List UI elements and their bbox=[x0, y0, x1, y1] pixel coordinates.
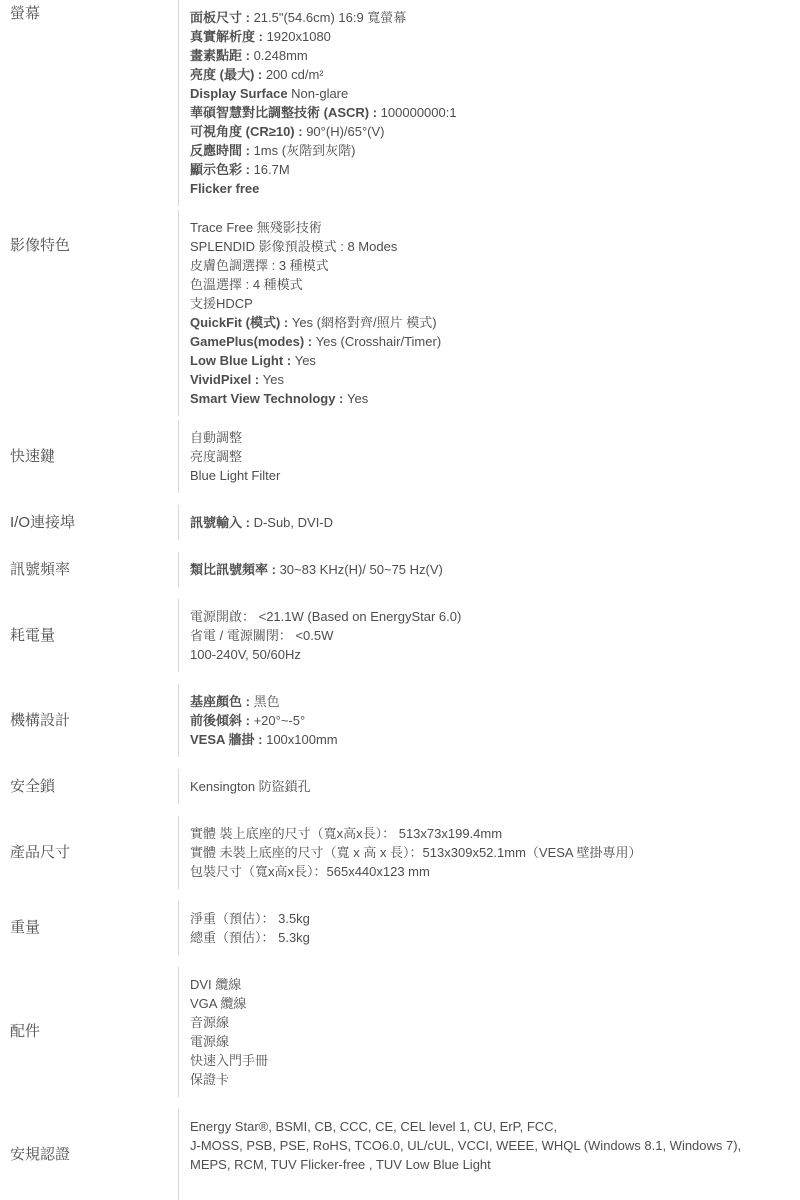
spec-line: 亮度調整 bbox=[190, 447, 790, 466]
spec-line: 電源線 bbox=[190, 1032, 790, 1051]
spec-line: Energy Star®, BSMI, CB, CCC, CE, CEL lev… bbox=[190, 1117, 790, 1136]
spec-line: 100-240V, 50/60Hz bbox=[190, 645, 790, 664]
spec-line: 前後傾斜 : +20°~-5° bbox=[190, 711, 790, 730]
spec-line: Flicker free bbox=[190, 179, 790, 198]
spec-line: 皮膚色調選擇 : 3 種模式 bbox=[190, 256, 790, 275]
spec-row-label: 影像特色 bbox=[10, 210, 178, 256]
spec-line: 支援HDCP bbox=[190, 294, 790, 313]
spec-row-content: Energy Star®, BSMI, CB, CCC, CE, CEL lev… bbox=[178, 1109, 790, 1200]
spec-line: 類比訊號頻率 : 30~83 KHz(H)/ 50~75 Hz(V) bbox=[190, 560, 790, 579]
spec-row-9: 重量淨重（預估）： 3.5kg總重（預估）： 5.3kg bbox=[10, 901, 790, 955]
spec-row-content: DVI 纜線VGA 纜線音源線電源線快速入門手冊保證卡 bbox=[178, 967, 790, 1097]
spec-line: 音源線 bbox=[190, 1013, 790, 1032]
spec-line: 淨重（預估）： 3.5kg bbox=[190, 909, 790, 928]
spec-row-label: 訊號頻率 bbox=[10, 560, 178, 580]
spec-line: 畫素點距 : 0.248mm bbox=[190, 46, 790, 65]
spec-row-3: I/O連接埠訊號輸入 : D-Sub, DVI-D bbox=[10, 505, 790, 540]
spec-row-10: 配件DVI 纜線VGA 纜線音源線電源線快速入門手冊保證卡 bbox=[10, 967, 790, 1097]
spec-line: 自動調整 bbox=[190, 428, 790, 447]
spec-row-label: 機構設計 bbox=[10, 711, 178, 731]
spec-line: VESA 牆掛 : 100x100mm bbox=[190, 730, 790, 749]
spec-line: 實體 未裝上底座的尺寸（寬 x 高 x 長）：513x309x52.1mm（VE… bbox=[190, 843, 790, 862]
spec-line: 可視角度 (CR≥10) : 90°(H)/65°(V) bbox=[190, 122, 790, 141]
spec-row-label: 產品尺寸 bbox=[10, 843, 178, 863]
spec-row-8: 產品尺寸實體 裝上底座的尺寸（寬x高x長）： 513x73x199.4mm實體 … bbox=[10, 816, 790, 889]
spec-line: 華碩智慧對比調整技術 (ASCR) : 100000000:1 bbox=[190, 103, 790, 122]
spec-line: Kensington 防盜鎖孔 bbox=[190, 777, 790, 796]
spec-line: 實體 裝上底座的尺寸（寬x高x長）： 513x73x199.4mm bbox=[190, 824, 790, 843]
spec-row-content: 淨重（預估）： 3.5kg總重（預估）： 5.3kg bbox=[178, 901, 790, 955]
spec-row-11: 安規認證Energy Star®, BSMI, CB, CCC, CE, CEL… bbox=[10, 1109, 790, 1200]
spec-line: 總重（預估）： 5.3kg bbox=[190, 928, 790, 947]
spec-row-label: I/O連接埠 bbox=[10, 513, 178, 533]
spec-line: MEPS, RCM, TUV Flicker-free , TUV Low Bl… bbox=[190, 1155, 790, 1174]
spec-row-6: 機構設計基座顏色 : 黑色前後傾斜 : +20°~-5°VESA 牆掛 : 10… bbox=[10, 684, 790, 757]
spec-line: DVI 纜線 bbox=[190, 975, 790, 994]
spec-line: 訊號輸入 : D-Sub, DVI-D bbox=[190, 513, 790, 532]
spec-row-label: 螢幕 bbox=[10, 0, 178, 24]
spec-row-content: 電源開啟： <21.1W (Based on EnergyStar 6.0)省電… bbox=[178, 599, 790, 672]
spec-row-4: 訊號頻率類比訊號頻率 : 30~83 KHz(H)/ 50~75 Hz(V) bbox=[10, 552, 790, 587]
spec-row-content: 類比訊號頻率 : 30~83 KHz(H)/ 50~75 Hz(V) bbox=[178, 552, 790, 587]
spec-row-label: 耗電量 bbox=[10, 626, 178, 646]
spec-row-label: 快速鍵 bbox=[10, 447, 178, 467]
spec-line: Low Blue Light : Yes bbox=[190, 351, 790, 370]
spec-line: 包裝尺寸（寬x高x長）：565x440x123 mm bbox=[190, 862, 790, 881]
spec-row-label: 重量 bbox=[10, 918, 178, 938]
spec-line: Display Surface Non-glare bbox=[190, 84, 790, 103]
spec-line: VividPixel : Yes bbox=[190, 370, 790, 389]
spec-row-content: Kensington 防盜鎖孔 bbox=[178, 769, 790, 804]
spec-row-content: 自動調整亮度調整Blue Light Filter bbox=[178, 420, 790, 493]
spec-row-content: 面板尺寸 : 21.5"(54.6cm) 16:9 寬螢幕真實解析度 : 192… bbox=[178, 0, 790, 206]
spec-line: 省電 / 電源關閉： <0.5W bbox=[190, 626, 790, 645]
spec-line: 快速入門手冊 bbox=[190, 1051, 790, 1070]
spec-table: 螢幕面板尺寸 : 21.5"(54.6cm) 16:9 寬螢幕真實解析度 : 1… bbox=[0, 0, 800, 1200]
spec-line: 顯示色彩 : 16.7M bbox=[190, 160, 790, 179]
spec-row-2: 快速鍵自動調整亮度調整Blue Light Filter bbox=[10, 420, 790, 493]
spec-line: Blue Light Filter bbox=[190, 466, 790, 485]
spec-row-content: 實體 裝上底座的尺寸（寬x高x長）： 513x73x199.4mm實體 未裝上底… bbox=[178, 816, 790, 889]
spec-line: VGA 纜線 bbox=[190, 994, 790, 1013]
spec-row-content: 基座顏色 : 黑色前後傾斜 : +20°~-5°VESA 牆掛 : 100x10… bbox=[178, 684, 790, 757]
spec-line: 色溫選擇 : 4 種模式 bbox=[190, 275, 790, 294]
spec-line: J-MOSS, PSB, PSE, RoHS, TCO6.0, UL/cUL, … bbox=[190, 1136, 790, 1155]
spec-row-5: 耗電量電源開啟： <21.1W (Based on EnergyStar 6.0… bbox=[10, 599, 790, 672]
spec-line: 面板尺寸 : 21.5"(54.6cm) 16:9 寬螢幕 bbox=[190, 8, 790, 27]
spec-line: Trace Free 無殘影技術 bbox=[190, 218, 790, 237]
spec-line: SPLENDID 影像預設模式 : 8 Modes bbox=[190, 237, 790, 256]
spec-row-content: 訊號輸入 : D-Sub, DVI-D bbox=[178, 505, 790, 540]
spec-row-1: 影像特色Trace Free 無殘影技術SPLENDID 影像預設模式 : 8 … bbox=[10, 210, 790, 416]
spec-line: 真實解析度 : 1920x1080 bbox=[190, 27, 790, 46]
spec-row-0: 螢幕面板尺寸 : 21.5"(54.6cm) 16:9 寬螢幕真實解析度 : 1… bbox=[10, 0, 790, 206]
spec-row-label: 配件 bbox=[10, 1022, 178, 1042]
spec-row-7: 安全鎖Kensington 防盜鎖孔 bbox=[10, 769, 790, 804]
spec-row-content: Trace Free 無殘影技術SPLENDID 影像預設模式 : 8 Mode… bbox=[178, 210, 790, 416]
spec-row-label: 安全鎖 bbox=[10, 777, 178, 797]
spec-row-label: 安規認證 bbox=[10, 1145, 178, 1165]
spec-line: 基座顏色 : 黑色 bbox=[190, 692, 790, 711]
spec-line: QuickFit (模式) : Yes (網格對齊/照片 模式) bbox=[190, 313, 790, 332]
spec-line: Smart View Technology : Yes bbox=[190, 389, 790, 408]
spec-line: 反應時間 : 1ms (灰階到灰階) bbox=[190, 141, 790, 160]
spec-line: GamePlus(modes) : Yes (Crosshair/Timer) bbox=[190, 332, 790, 351]
spec-line: 保證卡 bbox=[190, 1070, 790, 1089]
spec-line: 電源開啟： <21.1W (Based on EnergyStar 6.0) bbox=[190, 607, 790, 626]
spec-line: 亮度 (最大) : 200 cd/m² bbox=[190, 65, 790, 84]
